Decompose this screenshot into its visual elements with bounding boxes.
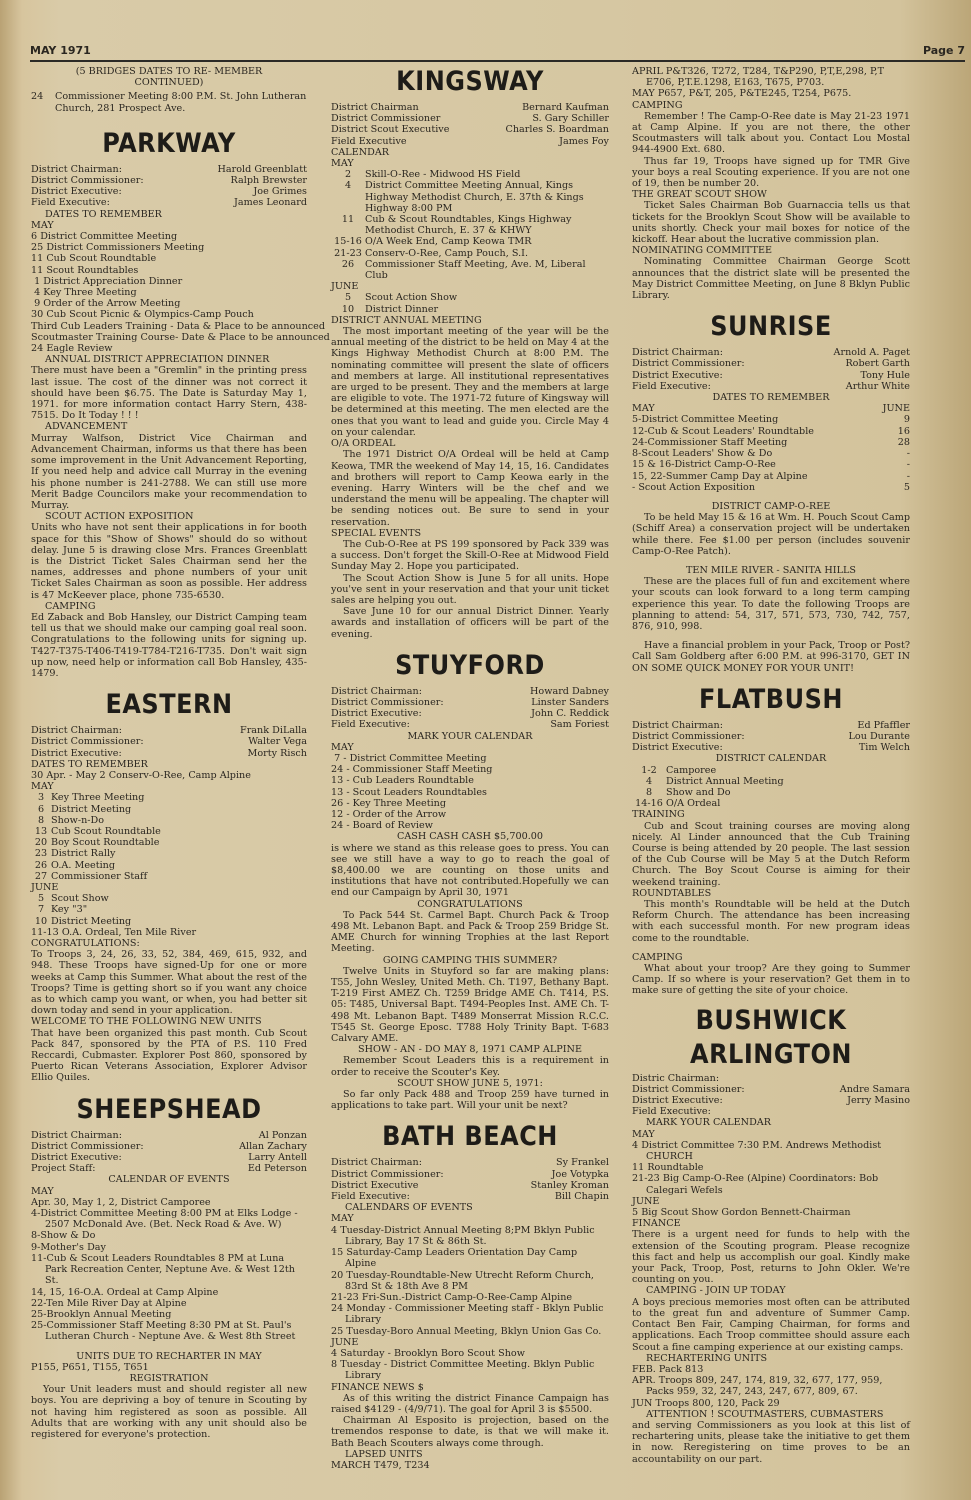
- subheading: DATES TO REMEMBER: [31, 759, 307, 770]
- subheading: DATES TO REMEMBER: [632, 392, 910, 403]
- officer-name: Linster Sanders: [531, 697, 609, 708]
- paragraph: There is a urgent need for funds to help…: [632, 1229, 910, 1285]
- officer-role: District Commissioner:: [31, 1141, 144, 1152]
- list-item: 4-District Committee Meeting 8:00 PM at …: [31, 1208, 307, 1230]
- officer-row: District Chairman:Ed Pfaffler: [632, 720, 910, 731]
- event-list: FEB. Pack 813APR. Troops 809, 247, 174, …: [632, 1364, 910, 1409]
- list-item: 24-Commissioner Staff Meeting28: [632, 437, 910, 448]
- list-item: 15 & 16-District Camp-O-Ree-: [632, 459, 910, 470]
- paragraph: This month's Roundtable will be held at …: [632, 899, 910, 944]
- month-label: MAY: [331, 742, 609, 753]
- paragraph: Thus far 19, Troops have signed up for T…: [632, 156, 910, 190]
- officer-name: Howard Dabney: [530, 686, 609, 697]
- officer-role: Field Executive:: [331, 719, 410, 730]
- list-item: 26Commissioner Staff Meeting, Ave. M, Li…: [331, 259, 609, 281]
- list-item: 5Scout Action Show: [331, 292, 609, 303]
- subheading: REGISTRATION: [31, 1373, 307, 1384]
- list-item: 4 Tuesday-District Annual Meeting 8;PM B…: [331, 1225, 609, 1247]
- column-3: APRIL P&T326, T272, T284, T&P290, P,T,E,…: [632, 66, 910, 1465]
- list-item: 11 Roundtable: [632, 1162, 910, 1173]
- officer-role: District Commissioner:: [31, 175, 144, 186]
- paragraph: Your Unit leaders must and should regist…: [31, 1384, 307, 1440]
- officer-row: Field Executive:Sam Foriest: [331, 719, 609, 730]
- officer-row: District Commissioner:Walter Vega: [31, 736, 307, 747]
- list-item: 4District Annual Meeting: [632, 776, 910, 787]
- officer-row: District ExecutiveStanley Kroman: [331, 1180, 609, 1191]
- officer-row: District Executive:Morty Risch: [31, 748, 307, 759]
- list-item: 11Cub & Scout Roundtables, Kings Highway…: [331, 214, 609, 236]
- subheading: TEN MILE RIVER - SANITA HILLS: [632, 565, 910, 576]
- officer-name: Ed Pfaffler: [857, 720, 910, 731]
- list-item: 24 Commissioner Meeting 8:00 P.M. St. Jo…: [31, 91, 307, 113]
- list-item: 14-16O/A Ordeal: [632, 798, 910, 809]
- officer-role: Distric Chairman:: [632, 1073, 719, 1084]
- list-item: 1-2Camporee: [632, 765, 910, 776]
- month-label: MAY: [31, 220, 307, 231]
- paragraph: These are the places full of fun and exc…: [632, 576, 910, 632]
- list-item: Apr. 30, May 1, 2, District Camporee: [31, 1197, 307, 1208]
- issue-date: MAY 1971: [30, 44, 91, 57]
- paragraph-group: Remember ! The Camp-O-Ree date is May 21…: [632, 111, 910, 189]
- officer-name: Bill Chapin: [555, 1191, 609, 1202]
- subheading: CAMPING: [632, 100, 910, 111]
- officer-name: Stanley Kroman: [531, 1180, 609, 1191]
- officer-list: District Chairman:Frank DiLallaDistrict …: [31, 725, 307, 759]
- list-item: 1 District Appreciation Dinner: [31, 276, 307, 287]
- officer-role: District Executive: [331, 1180, 419, 1191]
- officer-role: Field Executive:: [632, 1106, 711, 1117]
- list-item: 10District Meeting: [31, 916, 307, 927]
- recharter-units: P155, P651, T155, T651: [31, 1362, 307, 1373]
- list-item: 21-23Conserv-O-Ree, Camp Pouch, S.I.: [331, 248, 609, 259]
- list-item: 21-23 Fri-Sun.-District Camp-O-Ree-Camp …: [331, 1292, 609, 1303]
- subheading: DISTRICT CALENDAR: [632, 753, 910, 764]
- officer-row: Distric Chairman:: [632, 1073, 910, 1084]
- officer-row: Field Executive:Arthur White: [632, 381, 910, 392]
- subheading: SCOUT ACTION EXPOSITION: [31, 511, 307, 522]
- district-title-sunrise: SUNRISE: [632, 309, 910, 343]
- page-header: MAY 1971 Page 7: [30, 40, 965, 62]
- subheading: SPECIAL EVENTS: [331, 528, 609, 539]
- paragraph: The Cub-O-Ree at PS 199 sponsored by Pac…: [331, 539, 609, 573]
- officer-role: District Executive:: [632, 1095, 723, 1106]
- officer-role: Field Executive:: [632, 381, 711, 392]
- list-item: 14, 15, 16-O.A. Ordeal at Camp Alpine: [31, 1287, 307, 1298]
- officer-row: Project Staff:Ed Peterson: [31, 1163, 307, 1174]
- officer-role: District Commissioner: [331, 113, 440, 124]
- district-title-sheepshead: SHEEPSHEAD: [31, 1092, 307, 1126]
- list-item: 6District Meeting: [31, 804, 307, 815]
- list-item: 30 Cub Scout Picnic & Olympics-Camp Pouc…: [31, 309, 307, 320]
- subheading: DISTRICT ANNUAL MEETING: [331, 315, 609, 326]
- subheading: GOING CAMPING THIS SUMMER?: [331, 955, 609, 966]
- list-item: 9-Mother's Day: [31, 1242, 307, 1253]
- officer-list: District Chairman:Sy FrankelDistrict Com…: [331, 1157, 609, 1202]
- district-title-bushwick-arlington: BUSHWICK ARLINGTON: [632, 1003, 910, 1070]
- list-item: 4 Saturday - Brooklyn Boro Scout Show: [331, 1348, 609, 1359]
- officer-row: District Executive:Tony Hule: [632, 370, 910, 381]
- officer-list: District Chairman:Howard DabneyDistrict …: [331, 686, 609, 731]
- district-title-parkway: PARKWAY: [31, 126, 307, 160]
- paragraph: Murray Walfson, District Vice Chairman a…: [31, 433, 307, 511]
- paragraph: Cub and Scout training courses are movin…: [632, 821, 910, 888]
- list-item: 8 Tuesday - District Committee Meeting. …: [331, 1359, 609, 1381]
- subheading: CONGRATULATIONS:: [31, 938, 307, 949]
- list-item: 11 Scout Roundtables: [31, 265, 307, 276]
- district-title-eastern: EASTERN: [31, 687, 307, 721]
- officer-list: District Chairman:Al PonzanDistrict Comm…: [31, 1130, 307, 1175]
- list-item: - Scout Action Exposition5: [632, 482, 910, 493]
- list-item: 6 District Committee Meeting: [31, 231, 307, 242]
- event-list: 5Scout Show7Key "3"10District Meeting: [31, 893, 307, 927]
- subheading: SHOW - AN - DO MAY 8, 1971 CAMP ALPINE: [331, 1044, 609, 1055]
- list-item: JUN Troops 800, 120, Pack 29: [632, 1398, 910, 1409]
- list-item: 4 District Committee 7:30 P.M. Andrews M…: [632, 1140, 910, 1162]
- paragraph: A boys precious memories most often can …: [632, 1297, 910, 1353]
- paragraph: Twelve Units in Stuyford so far are maki…: [331, 966, 609, 1044]
- month-label: MAY: [31, 781, 307, 792]
- officer-list: District Chairman:Arnold A. PagetDistric…: [632, 347, 910, 392]
- list-item: 21-23 Big Camp-O-Ree (Alpine) Coordinato…: [632, 1173, 910, 1195]
- column-1: (5 BRIDGES DATES TO RE- MEMBER CONTINUED…: [31, 66, 307, 1440]
- subheading: CAMPING: [632, 952, 910, 963]
- officer-name: Harold Greenblatt: [218, 164, 307, 175]
- list-item: 24 - Commissioner Staff Meeting: [331, 764, 609, 775]
- list-item: 4 Key Three Meeting: [31, 287, 307, 298]
- subheading: MARK YOUR CALENDAR: [331, 731, 609, 742]
- paragraph: The most important meeting of the year w…: [331, 326, 609, 438]
- officer-name: Frank DiLalla: [240, 725, 307, 736]
- officer-list: Distric Chairman:District Commissioner:A…: [632, 1073, 910, 1118]
- list-item: 13 - Cub Leaders Roundtable: [331, 775, 609, 786]
- officer-row: District CommissionerS. Gary Schiller: [331, 113, 609, 124]
- officer-name: Larry Antell: [248, 1152, 307, 1163]
- officer-row: District Commissioner:Lou Durante: [632, 731, 910, 742]
- subheading: MARK YOUR CALENDAR: [632, 1117, 910, 1128]
- paragraph: is where we stand as this release goes t…: [331, 843, 609, 899]
- subheading: UNITS DUE TO RECHARTER IN MAY: [31, 1351, 307, 1362]
- list-item: 24 - Board of Review: [331, 820, 609, 831]
- officer-role: District Commissioner:: [632, 1084, 745, 1095]
- list-item: MAY P657, P&T, 205, P&TE245, T254, P675.: [632, 88, 910, 99]
- subheading: WELCOME TO THE FOLLOWING NEW UNITS: [31, 1016, 307, 1027]
- list-item: 11-Cub & Scout Leaders Roundtables 8 PM …: [31, 1253, 307, 1287]
- officer-row: District Commissioner:Linster Sanders: [331, 697, 609, 708]
- list-item: 5Scout Show: [31, 893, 307, 904]
- officer-role: District Chairman:: [632, 720, 723, 731]
- officer-row: District Chairman:Harold Greenblatt: [31, 164, 307, 175]
- month-label: JUNE: [331, 281, 609, 292]
- officer-row: District Commissioner:Robert Garth: [632, 358, 910, 369]
- officer-name: Arnold A. Paget: [834, 347, 910, 358]
- officer-name: Lou Durante: [849, 731, 910, 742]
- list-item: 7Key "3": [31, 904, 307, 915]
- list-item: 20Boy Scout Roundtable: [31, 837, 307, 848]
- officer-row: District Commissioner:Andre Samara: [632, 1084, 910, 1095]
- paragraph: Save June 10 for our annual District Din…: [331, 606, 609, 640]
- officer-row: District Executive:Larry Antell: [31, 1152, 307, 1163]
- list-item: 11 Cub Scout Roundtable: [31, 253, 307, 264]
- continued-heading: (5 BRIDGES DATES TO RE- MEMBER CONTINUED…: [31, 66, 307, 88]
- officer-name: Bernard Kaufman: [522, 102, 609, 113]
- list-item: 20 Tuesday-Roundtable-New Utrecht Reform…: [331, 1270, 609, 1292]
- officer-role: District Chairman:: [31, 1130, 122, 1141]
- district-title-kingsway: KINGSWAY: [331, 64, 609, 98]
- officer-role: District Executive:: [331, 708, 422, 719]
- officer-row: District Scout ExecutiveCharles S. Board…: [331, 124, 609, 135]
- subheading: CAMPING: [31, 601, 307, 612]
- officer-list: District ChairmanBernard KaufmanDistrict…: [331, 102, 609, 147]
- list-item: 27Commissioner Staff: [31, 871, 307, 882]
- paragraph: and serving Commissioners as you look at…: [632, 1420, 910, 1465]
- list-item: 8-Scout Leaders' Show & Do-: [632, 448, 910, 459]
- officer-role: District Executive:: [632, 742, 723, 753]
- officer-role: District Executive:: [31, 1152, 122, 1163]
- officer-name: Ed Peterson: [248, 1163, 307, 1174]
- paragraph: Chairman Al Esposito is projection, base…: [331, 1415, 609, 1449]
- page-number: Page 7: [923, 44, 965, 57]
- paragraph: That have been organized this past month…: [31, 1028, 307, 1084]
- officer-role: Field Executive: [331, 136, 407, 147]
- subheading: THE GREAT SCOUT SHOW: [632, 189, 910, 200]
- subheading: TRAINING: [632, 809, 910, 820]
- officer-name: Al Ponzan: [259, 1130, 307, 1141]
- officer-row: District ChairmanBernard Kaufman: [331, 102, 609, 113]
- event-list: 5 Big Scout Show Gordon Bennett-Chairman: [632, 1207, 910, 1218]
- officer-name: Andre Samara: [840, 1084, 910, 1095]
- paragraph: The 1971 District O/A Ordeal will be hel…: [331, 449, 609, 527]
- list-item: 13Cub Scout Roundtable: [31, 826, 307, 837]
- list-item: APRIL P&T326, T272, T284, T&P290, P,T,E,…: [632, 66, 910, 88]
- paragraph: Remember Scout Leaders this is a require…: [331, 1055, 609, 1077]
- list-item: 3Key Three Meeting: [31, 792, 307, 803]
- list-item: 9 Order of the Arrow Meeting: [31, 298, 307, 309]
- officer-row: District Chairman:Howard Dabney: [331, 686, 609, 697]
- officer-row: Field Executive:James Leonard: [31, 197, 307, 208]
- paragraph: There must have been a "Gremlin" in the …: [31, 365, 307, 421]
- officer-role: District Chairman:: [31, 164, 122, 175]
- list-item: 8-Show & Do: [31, 1230, 307, 1241]
- officer-row: Field Executive:Bill Chapin: [331, 1191, 609, 1202]
- list-item: 24 Eagle Review: [31, 343, 307, 354]
- officer-role: District Executive:: [632, 370, 723, 381]
- paragraph: As of this writing the district Finance …: [331, 1393, 609, 1415]
- list-item: 15, 22-Summer Camp Day at Alpine-: [632, 471, 910, 482]
- list-item: 8Show and Do: [632, 787, 910, 798]
- officer-name: Joe Grimes: [253, 186, 307, 197]
- officer-role: District Chairman:: [632, 347, 723, 358]
- event-list: 5-District Committee Meeting912-Cub & Sc…: [632, 414, 910, 492]
- paragraph: Nominating Committee Chairman George Sco…: [632, 256, 910, 301]
- officer-row: District Executive:John C. Reddick: [331, 708, 609, 719]
- officer-role: Field Executive:: [31, 197, 110, 208]
- paragraph: So far only Pack 488 and Troop 259 have …: [331, 1089, 609, 1111]
- list-item: 23District Rally: [31, 848, 307, 859]
- list-item: 5 Big Scout Show Gordon Bennett-Chairman: [632, 1207, 910, 1218]
- officer-name: Morty Risch: [248, 748, 308, 759]
- paragraph: To be held May 15 & 16 at Wm. H. Pouch S…: [632, 512, 910, 557]
- list-item: APR. Troops 809, 247, 174, 819, 32, 677,…: [632, 1375, 910, 1397]
- list-item: 30 Apr. - May 2 Conserv-O-Ree, Camp Alpi…: [31, 770, 307, 781]
- list-item: Third Cub Leaders Training - Data & Plac…: [31, 321, 307, 332]
- paragraph: The Scout Action Show is June 5 for all …: [331, 573, 609, 607]
- officer-role: District Commissioner:: [632, 731, 745, 742]
- list-item: 5-District Committee Meeting9: [632, 414, 910, 425]
- officer-row: District Commissioner:Allan Zachary: [31, 1141, 307, 1152]
- list-item: 11-13 O.A. Ordeal, Ten Mile River: [31, 927, 307, 938]
- list-item: 7 - District Committee Meeting: [331, 753, 609, 764]
- list-item: 26 - Key Three Meeting: [331, 798, 609, 809]
- list-item: 12-Cub & Scout Leaders' Roundtable16: [632, 426, 910, 437]
- list-item: 25-Brooklyn Annual Meeting: [31, 1309, 307, 1320]
- event-list: 7 - District Committee Meeting24 - Commi…: [331, 753, 609, 831]
- officer-name: S. Gary Schiller: [532, 113, 609, 124]
- list-item: 2Skill-O-Ree - Midwood HS Field: [331, 169, 609, 180]
- officer-name: Tim Welch: [859, 742, 910, 753]
- officer-list: District Chairman:Harold GreenblattDistr…: [31, 164, 307, 209]
- subheading: SCOUT SHOW JUNE 5, 1971:: [331, 1078, 609, 1089]
- officer-role: District Chairman:: [331, 686, 422, 697]
- list-item: 15-16O/A Week End, Camp Keowa TMR: [331, 236, 609, 247]
- newspaper-page: MAY 1971 Page 7 (5 BRIDGES DATES TO RE- …: [0, 0, 971, 1500]
- paragraph: Units who have not sent their applicatio…: [31, 522, 307, 600]
- officer-row: District Executive:Tim Welch: [632, 742, 910, 753]
- officer-name: Tony Hule: [860, 370, 910, 381]
- paragraph-group: As of this writing the district Finance …: [331, 1393, 609, 1449]
- list-item: 15 Saturday-Camp Leaders Orientation Day…: [331, 1247, 609, 1269]
- list-item: 12 - Order of the Arrow: [331, 809, 609, 820]
- subheading: CALENDARS OF EVENTS: [331, 1202, 609, 1213]
- officer-name: Charles S. Boardman: [505, 124, 609, 135]
- officer-role: District Chairman: [331, 102, 419, 113]
- list-item: Scoutmaster Training Course- Date & Plac…: [31, 332, 307, 343]
- officer-name: Allan Zachary: [239, 1141, 307, 1152]
- subheading: ATTENTION ! SCOUTMASTERS, CUBMASTERS: [632, 1409, 910, 1420]
- subheading: ADVANCEMENT: [31, 421, 307, 432]
- subheading: NOMINATING COMMITTEE: [632, 245, 910, 256]
- officer-name: Jerry Masino: [847, 1095, 910, 1106]
- officer-row: District Chairman:Arnold A. Paget: [632, 347, 910, 358]
- month-label: MAY: [31, 1186, 307, 1197]
- event-list: 5Scout Action Show10District Dinner: [331, 292, 609, 314]
- column-2: KINGSWAY District ChairmanBernard Kaufma…: [331, 66, 609, 1471]
- paragraph: Ticket Sales Chairman Bob Guarnaccia tel…: [632, 200, 910, 245]
- subheading: DATES TO REMEMBER: [31, 209, 307, 220]
- list-item: 4District Committee Meeting Annual, King…: [331, 180, 609, 214]
- officer-role: District Commissioner:: [632, 358, 745, 369]
- paragraph: Have a financial problem in your Pack, T…: [632, 640, 910, 674]
- list-item: 24 Monday - Commissioner Meeting staff -…: [331, 1303, 609, 1325]
- month-label: MAY: [632, 1129, 910, 1140]
- officer-name: Ralph Brewster: [231, 175, 307, 186]
- subheading: O/A ORDEAL: [331, 438, 609, 449]
- list-item: 10District Dinner: [331, 304, 609, 315]
- officer-name: Joe Votypka: [552, 1169, 609, 1180]
- subheading: CONGRATULATIONS: [331, 899, 609, 910]
- district-title-stuyford: STUYFORD: [331, 648, 609, 682]
- event-list: 4 Saturday - Brooklyn Boro Scout Show8 T…: [331, 1348, 609, 1382]
- officer-role: Field Executive:: [331, 1191, 410, 1202]
- event-list: 6 District Committee Meeting25 District …: [31, 231, 307, 354]
- subheading: DISTRICT CAMP-O-REE: [632, 501, 910, 512]
- officer-name: John C. Reddick: [531, 708, 609, 719]
- subheading: ROUNDTABLES: [632, 888, 910, 899]
- list-item: 8Show-n-Do: [31, 815, 307, 826]
- officer-row: District Chairman:Al Ponzan: [31, 1130, 307, 1141]
- month-label: JUNE: [331, 1337, 609, 1348]
- officer-row: District Executive:Jerry Masino: [632, 1095, 910, 1106]
- event-list: Apr. 30, May 1, 2, District Camporee4-Di…: [31, 1197, 307, 1343]
- officer-list: District Chairman:Ed PfafflerDistrict Co…: [632, 720, 910, 754]
- officer-row: District Chairman:Frank DiLalla: [31, 725, 307, 736]
- event-list: 4 Tuesday-District Annual Meeting 8;PM B…: [331, 1225, 609, 1337]
- month-label: JUNE: [31, 882, 307, 893]
- officer-role: District Executive:: [31, 748, 122, 759]
- officer-role: District Commissioner:: [331, 697, 444, 708]
- paragraph: To Pack 544 St. Carmel Bapt. Church Pack…: [331, 910, 609, 955]
- subheading: CASH CASH CASH $5,700.00: [331, 831, 609, 842]
- officer-role: District Commissioner:: [331, 1169, 444, 1180]
- list-item: 26O.A. Meeting: [31, 860, 307, 871]
- officer-role: District Chairman:: [331, 1157, 422, 1168]
- month-label: MAY: [331, 158, 609, 169]
- event-list: 1-2Camporee4District Annual Meeting8Show…: [632, 765, 910, 810]
- paragraph: What about your troop? Are they going to…: [632, 963, 910, 997]
- subheading: CALENDAR OF EVENTS: [31, 1174, 307, 1185]
- officer-row: District Commissioner:Ralph Brewster: [31, 175, 307, 186]
- officer-row: District Chairman:Sy Frankel: [331, 1157, 609, 1168]
- officer-role: District Executive:: [31, 186, 122, 197]
- officer-role: District Scout Executive: [331, 124, 449, 135]
- officer-row: Field ExecutiveJames Foy: [331, 136, 609, 147]
- event-list: 3Key Three Meeting6District Meeting8Show…: [31, 792, 307, 882]
- officer-row: Field Executive:: [632, 1106, 910, 1117]
- month-label: JUNE: [632, 1196, 910, 1207]
- event-list: 2Skill-O-Ree - Midwood HS Field4District…: [331, 169, 609, 281]
- subheading: RECHARTERING UNITS: [632, 1353, 910, 1364]
- officer-row: District Executive:Joe Grimes: [31, 186, 307, 197]
- officer-row: District Commissioner:Joe Votypka: [331, 1169, 609, 1180]
- subheading: LAPSED UNITS: [331, 1449, 609, 1460]
- officer-role: District Chairman:: [31, 725, 122, 736]
- officer-name: Arthur White: [846, 381, 910, 392]
- month-label: MAY: [331, 1213, 609, 1224]
- list-item: 25 District Commissioners Meeting: [31, 242, 307, 253]
- officer-role: District Commissioner:: [31, 736, 144, 747]
- paragraph: To Troops 3, 24, 26, 33, 52, 384, 469, 6…: [31, 949, 307, 1016]
- list-item: FEB. Pack 813: [632, 1364, 910, 1375]
- officer-name: James Foy: [559, 136, 609, 147]
- month-labels: MAY JUNE: [632, 403, 910, 414]
- officer-role: Project Staff:: [31, 1163, 96, 1174]
- list-item: 25 Tuesday-Boro Annual Meeting, Bklyn Un…: [331, 1326, 609, 1337]
- list-item: 25-Commissioner Staff Meeting 8:30 PM at…: [31, 1320, 307, 1342]
- officer-name: Sam Foriest: [550, 719, 609, 730]
- event-list: 4 District Committee 7:30 P.M. Andrews M…: [632, 1140, 910, 1196]
- subheading: CAMPING - JOIN UP TODAY: [632, 1285, 910, 1296]
- subheading: ANNUAL DISTRICT APPRECIATION DINNER: [31, 354, 307, 365]
- paragraph: Remember ! The Camp-O-Ree date is May 21…: [632, 111, 910, 156]
- officer-name: Sy Frankel: [556, 1157, 609, 1168]
- paragraph-group: The Cub-O-Ree at PS 199 sponsored by Pac…: [331, 539, 609, 640]
- subheading: CALENDAR: [331, 147, 609, 158]
- paragraph: Ed Zaback and Bob Hansley, our District …: [31, 612, 307, 679]
- list-item: 13 - Scout Leaders Roundtables: [331, 787, 609, 798]
- officer-name: Robert Garth: [845, 358, 910, 369]
- officer-name: Walter Vega: [248, 736, 307, 747]
- lapsed-units: MARCH T479, T234: [331, 1460, 609, 1471]
- subheading: FINANCE NEWS $: [331, 1382, 609, 1393]
